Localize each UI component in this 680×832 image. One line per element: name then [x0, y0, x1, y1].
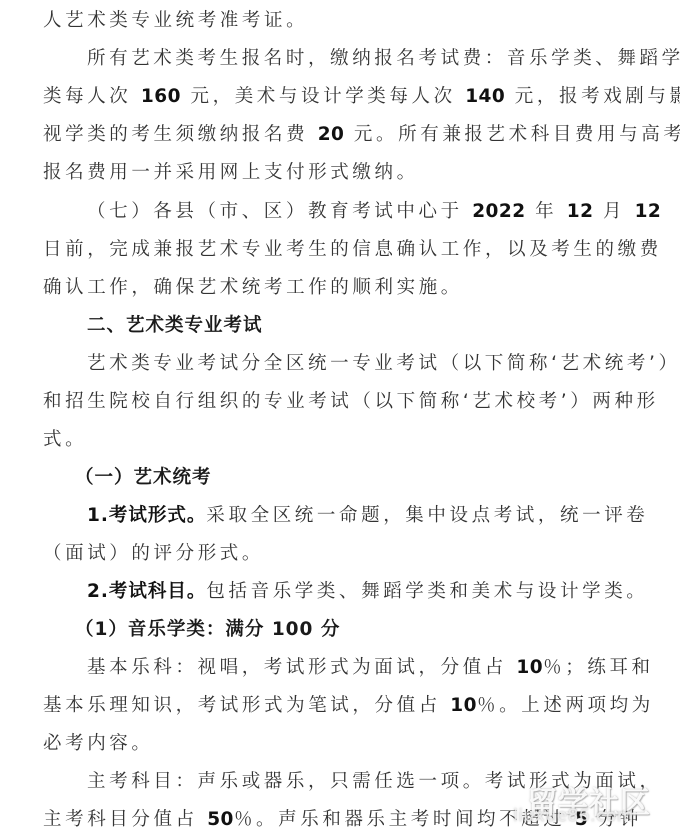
text: 主考科目：声乐或器乐，只需任选一项。考试形式为面试，: [87, 771, 662, 792]
item-label: 1.考试形式。: [87, 505, 206, 526]
paragraph-line: 主考科目分值占 50％。声乐和器乐主考时间均不超过 5 分钟: [43, 801, 642, 832]
fee-amount: 140: [465, 86, 505, 107]
text: 元，美术与设计学类每人次: [181, 86, 465, 107]
text: 式。: [43, 429, 87, 450]
text: （七）各县（市、区）教育考试中心于: [87, 201, 472, 222]
text: 人艺术类专业统考准考证。: [43, 10, 308, 31]
percentage: 10: [516, 657, 543, 678]
text: （面试）的评分形式。: [43, 543, 264, 564]
date-day: 12: [635, 201, 662, 222]
text: 艺术类专业考试分全区统一专业考试（以下简称‘艺术统考’）: [87, 353, 680, 374]
paragraph-line: 基本乐理知识，考试形式为笔试，分值占 10％。上述两项均为: [43, 687, 639, 724]
date-month: 12: [567, 201, 594, 222]
paragraph-line: 人艺术类专业统考准考证。: [43, 2, 308, 39]
paragraph-line: （面试）的评分形式。: [43, 535, 264, 572]
paragraph-line: 式。: [43, 421, 87, 458]
percentage: 10: [450, 695, 477, 716]
text: 日前，完成兼报艺术专业考生的信息确认工作，以及考生的缴费: [43, 239, 662, 260]
text: 所有艺术类考生报名时，缴纳报名考试费：音乐学类、舞蹈学: [87, 48, 680, 69]
text: 月: [594, 201, 635, 222]
paragraph-line: 所有艺术类考生报名时，缴纳报名考试费：音乐学类、舞蹈学: [87, 40, 639, 77]
paragraph-line: 主考科目：声乐或器乐，只需任选一项。考试形式为面试，: [87, 763, 639, 800]
paragraph-line: 必考内容。: [43, 725, 154, 762]
heading-text: 二、艺术类专业考试: [87, 315, 263, 336]
fee-amount: 20: [318, 124, 345, 145]
paragraph-line: 确认工作，确保艺术统考工作的顺利实施。: [43, 269, 463, 306]
text: 元。所有兼报艺术科目费用与高考: [344, 124, 680, 145]
text: 确认工作，确保艺术统考工作的顺利实施。: [43, 277, 463, 298]
text: 视学类的考生须缴纳报名费: [43, 124, 318, 145]
paragraph-line: 基本乐科：视唱，考试形式为面试，分值占 10％；练耳和: [87, 649, 639, 686]
fee-amount: 160: [141, 86, 181, 107]
paragraph-line: 和招生院校自行组织的专业考试（以下简称‘艺术校考’）两种形: [43, 383, 639, 420]
date-year: 2022: [472, 201, 526, 222]
text: 采取全区统一命题，集中设点考试，统一评卷: [206, 505, 648, 526]
text: 基本乐科：视唱，考试形式为面试，分值占: [87, 657, 516, 678]
text: 类每人次: [43, 86, 141, 107]
text: ％。声乐和器乐主考时间均不超过: [234, 809, 575, 830]
heading-text: （1）音乐学类：满分 100 分: [75, 619, 340, 640]
text: 分钟: [588, 809, 642, 830]
paragraph-line: 日前，完成兼报艺术专业考生的信息确认工作，以及考生的缴费: [43, 231, 639, 268]
percentage: 50: [207, 809, 234, 830]
subsection-heading: （1）音乐学类：满分 100 分: [75, 611, 340, 648]
text: 主考科目分值占: [43, 809, 207, 830]
item-label: 2.考试科目。: [87, 581, 206, 602]
paragraph-line: 2.考试科目。包括音乐学类、舞蹈学类和美术与设计学类。: [87, 573, 639, 610]
paragraph-line: 艺术类专业考试分全区统一专业考试（以下简称‘艺术统考’）: [87, 345, 639, 382]
paragraph-line: 视学类的考生须缴纳报名费 20 元。所有兼报艺术科目费用与高考: [43, 116, 639, 153]
subsection-heading: （一）艺术统考: [75, 459, 212, 496]
text: ％。上述两项均为: [477, 695, 654, 716]
text: 元，报考戏剧与影: [505, 86, 680, 107]
text: 基本乐理知识，考试形式为笔试，分值占: [43, 695, 450, 716]
heading-text: （一）艺术统考: [75, 467, 212, 488]
text: 和招生院校自行组织的专业考试（以下简称‘艺术校考’）两种形: [43, 391, 659, 412]
text: ％；练耳和: [543, 657, 654, 678]
text: 必考内容。: [43, 733, 154, 754]
text: 年: [526, 201, 567, 222]
section-heading: 二、艺术类专业考试: [87, 307, 263, 344]
paragraph-line: （七）各县（市、区）教育考试中心于 2022 年 12 月 12: [87, 193, 639, 230]
paragraph-line: 报名费用一并采用网上支付形式缴纳。: [43, 154, 419, 191]
duration-minutes: 5: [575, 809, 588, 830]
text: 包括音乐学类、舞蹈学类和美术与设计学类。: [206, 581, 648, 602]
paragraph-line: 1.考试形式。采取全区统一命题，集中设点考试，统一评卷: [87, 497, 639, 534]
paragraph-line: 类每人次 160 元，美术与设计学类每人次 140 元，报考戏剧与影: [43, 78, 639, 115]
text: 报名费用一并采用网上支付形式缴纳。: [43, 162, 419, 183]
